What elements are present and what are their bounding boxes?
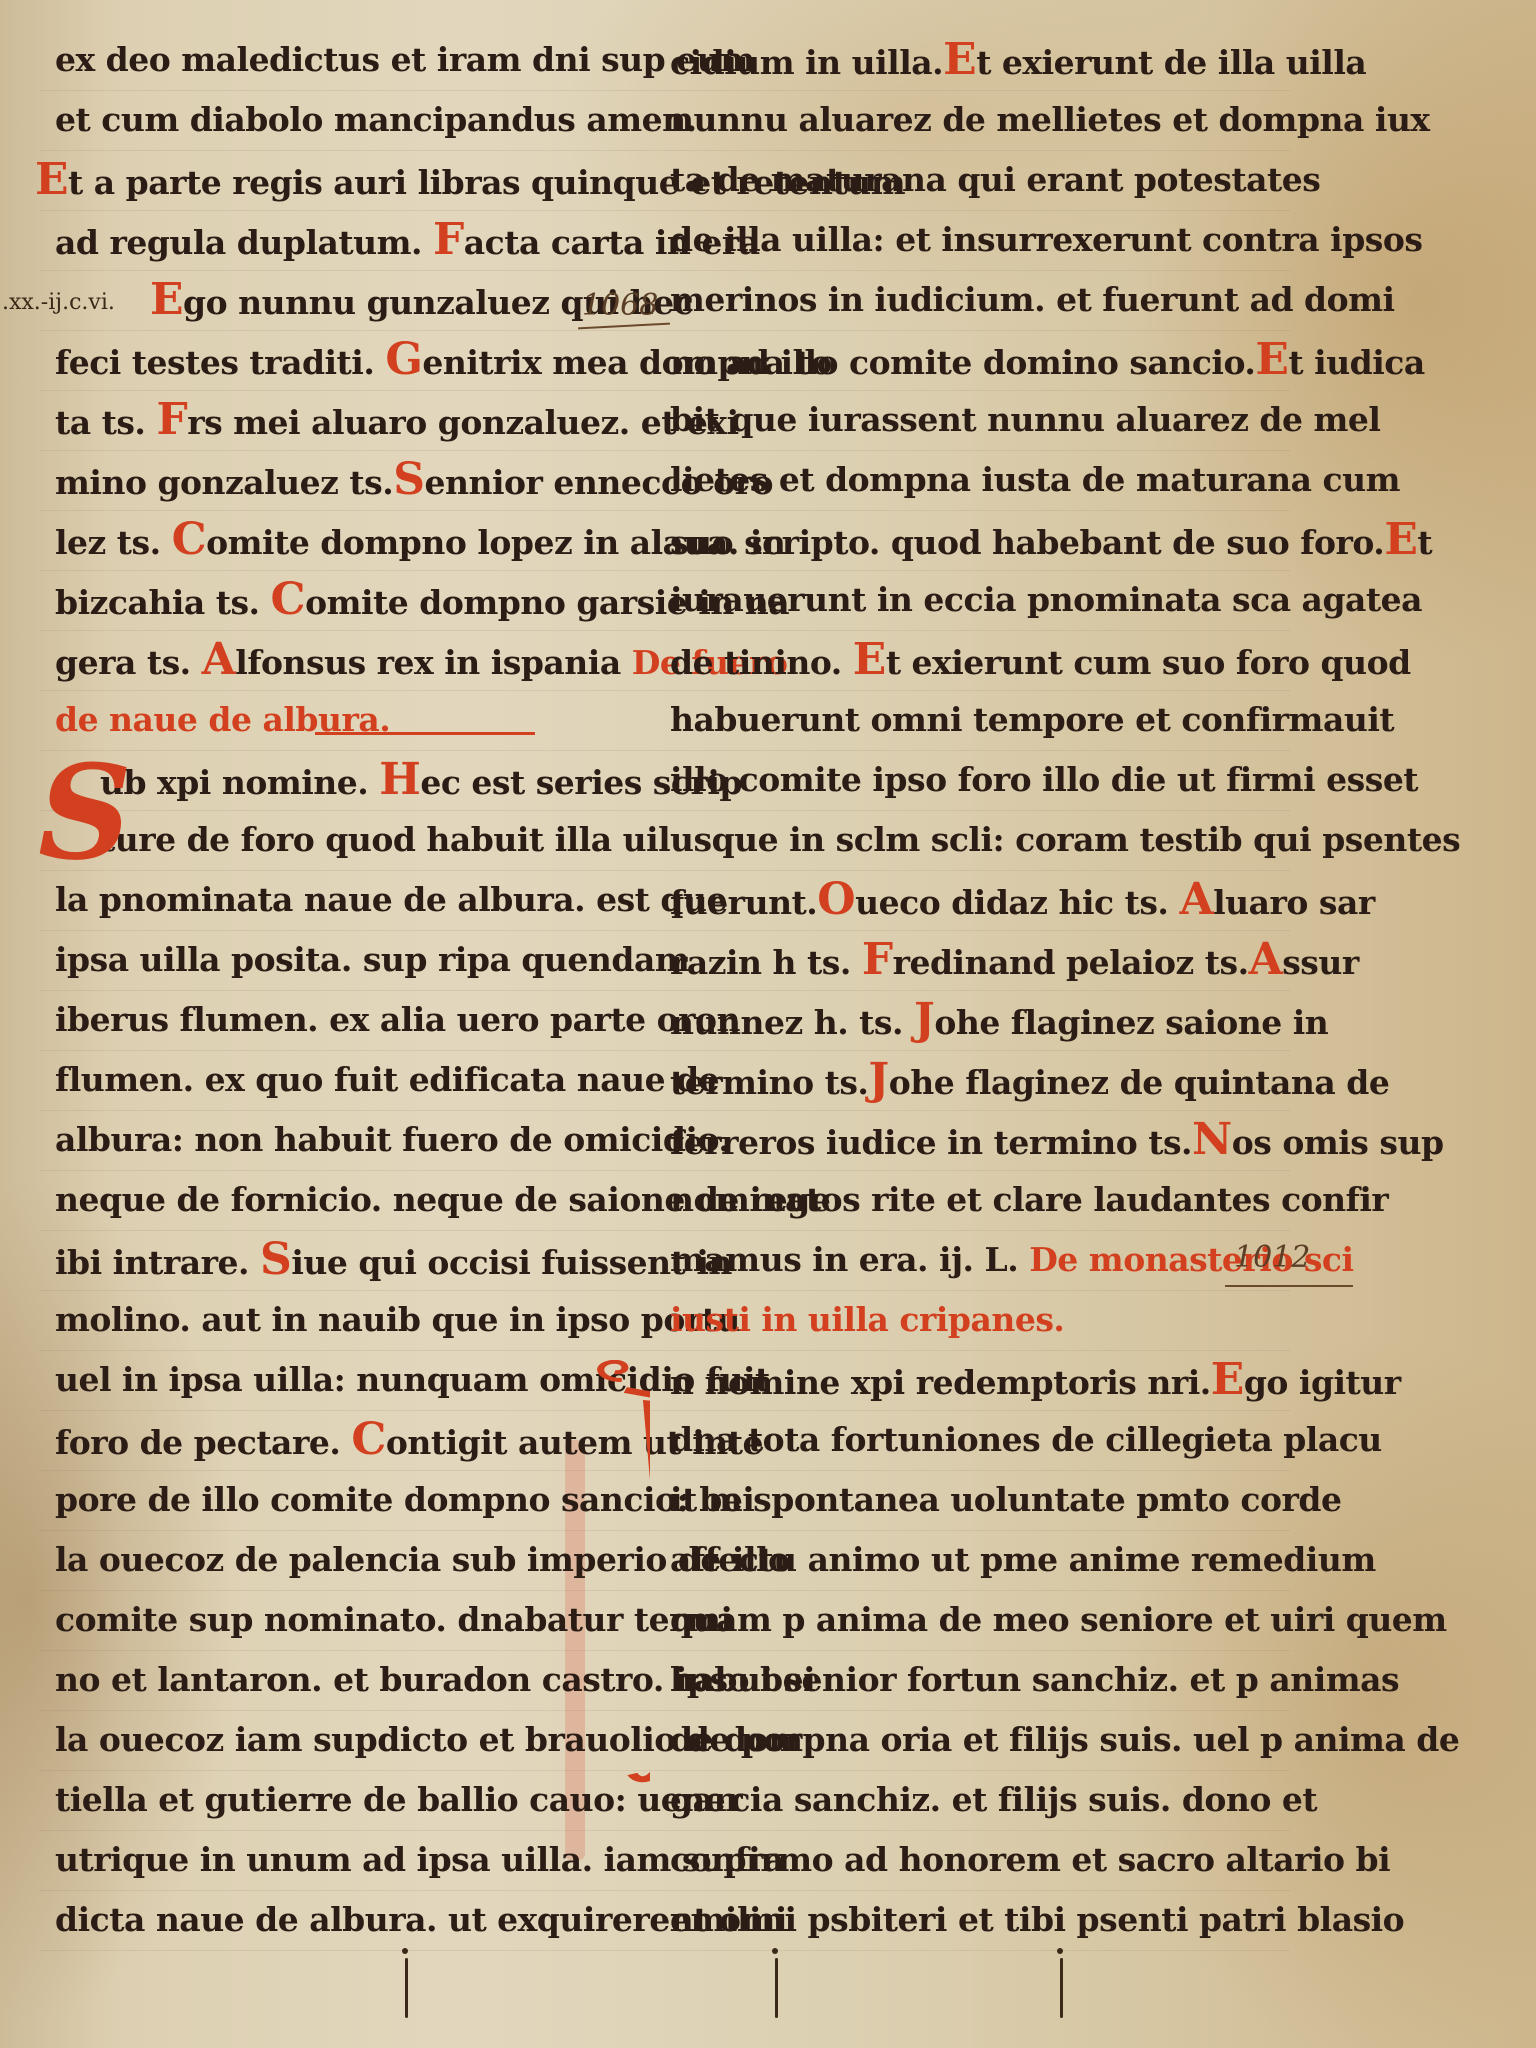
text-line: ture de foro quod habuit illa uil xyxy=(100,810,670,870)
red-initial: O xyxy=(817,874,855,925)
red-initial: N xyxy=(1192,1114,1232,1165)
red-initial: E xyxy=(853,634,886,685)
text-line: merinos in iudicium. et fuerunt ad domi xyxy=(670,270,1395,330)
text-line: nunnu aluarez de mellietes et dompna iux xyxy=(670,90,1430,150)
text-line: flumen. ex quo fuit edificata naue de xyxy=(55,1050,719,1110)
red-initial: C xyxy=(271,574,306,625)
catchmark xyxy=(775,1958,778,2018)
text-line: albura: non habuit fuero de omicidio. xyxy=(55,1110,729,1170)
margin-note-year-1012: 1012 xyxy=(1234,1240,1310,1275)
text-line: foro de pectare. Contigit autem ut inte xyxy=(55,1410,763,1470)
text-line: it m spontanea uoluntate pmto corde xyxy=(670,1470,1342,1530)
text-line: bit que iurassent nunnu aluarez de mel xyxy=(670,390,1380,450)
text-line: ibi intrare. Siue qui occisi fuissent in xyxy=(55,1230,732,1290)
red-initial: E xyxy=(150,274,183,325)
text-line: affectu animo ut pme anime remedium xyxy=(670,1530,1376,1590)
text-line: uel in ipsa uilla: nunquam omicidio fuit xyxy=(55,1350,770,1410)
decorated-initial-S: S xyxy=(38,748,132,878)
text-line: la pnominata naue de albura. est que xyxy=(55,870,727,930)
text-line: quam p anima de meo seniore et uiri quem xyxy=(670,1590,1447,1650)
text-line: de tinino. Et exierunt cum suo foro quod xyxy=(670,630,1411,690)
text-line: iurauerunt in eccia pnominata sca agatea xyxy=(670,570,1422,630)
text-line: ta de maturana qui erant potestates xyxy=(670,150,1320,210)
text-line: dna tota fortuniones de cillegieta placu xyxy=(670,1410,1382,1470)
text-line: ferreros iudice in termino ts.Nos omis s… xyxy=(670,1110,1444,1170)
red-initial: H xyxy=(379,754,420,805)
text-line: ub xpi nomine. Hec est series scrip xyxy=(100,750,742,810)
text-line: nunnez h. ts. Johe flaginez saione in xyxy=(670,990,1328,1050)
text-line: ex deo maledictus et iram dni sup eum xyxy=(55,30,755,90)
text-line: n nomine xpi redemptoris nri.Ego igitur xyxy=(670,1350,1401,1410)
text-line: illo comite ipso foro illo die ut firmi … xyxy=(670,750,1418,810)
text-line: habui senior fortun sanchiz. et p animas xyxy=(670,1650,1399,1710)
red-initial: E xyxy=(943,34,976,85)
red-initial: A xyxy=(1179,874,1213,925)
red-initial: E xyxy=(35,154,68,205)
red-initial: C xyxy=(172,514,207,565)
rubric-line-filler xyxy=(315,732,535,735)
red-initial: G xyxy=(385,334,422,385)
text-line: ta ts. Frs mei aluaro gonzaluez. et exi xyxy=(55,390,739,450)
text-line: iberus flumen. ex alia uero parte oron xyxy=(55,990,740,1050)
text-line: ipsa uilla posita. sup ripa quendam xyxy=(55,930,689,990)
text-line: lietes et dompna iusta de maturana cum xyxy=(670,450,1400,510)
text-line: de dompna oria et filijs suis. uel p ani… xyxy=(670,1710,1459,1770)
rubric-heading: iusti in uilla cripanes. xyxy=(670,1300,1064,1339)
red-initial: A xyxy=(202,634,236,685)
red-initial: F xyxy=(156,394,187,445)
margin-note-date: .xx.-ij.c.vi. xyxy=(2,290,115,315)
text-line: iusti in uilla cripanes. xyxy=(670,1290,1064,1350)
text-line: cidium in uilla.Et exierunt de illa uill… xyxy=(670,30,1366,90)
margin-note-year-1068: 1068 xyxy=(582,288,658,323)
margin-underline xyxy=(1225,1285,1353,1287)
text-line: no ad illo comite domino sancio.Et iudic… xyxy=(670,330,1425,390)
red-initial: E xyxy=(1255,334,1288,385)
text-line: habuerunt omni tempore et confirmauit xyxy=(670,690,1394,750)
text-line: suo scripto. quod habebant de suo foro.E… xyxy=(670,510,1432,570)
text-line: confirmo ad honorem et sacro altario bi xyxy=(670,1830,1390,1890)
red-initial: C xyxy=(351,1414,386,1465)
text-line: de illa uilla: et insurrexerunt contra i… xyxy=(670,210,1422,270)
ruling xyxy=(40,1950,1290,1951)
text-line: usque in sclm scli: coram testib qui pse… xyxy=(670,810,1460,870)
text-line: molino. aut in nauib que in ipso portu xyxy=(55,1290,740,1350)
text-line: termino ts.Johe flaginez de quintana de xyxy=(670,1050,1389,1110)
text-line: razin h ts. Fredinand pelaioz ts.Assur xyxy=(670,930,1359,990)
red-initial: J xyxy=(914,994,934,1045)
red-initial: A xyxy=(1249,934,1283,985)
catchmark xyxy=(405,1958,408,2018)
red-initial: E xyxy=(1384,514,1417,565)
text-line: fuerunt.Oueco didaz hic ts. Aluaro sar xyxy=(670,870,1375,930)
red-initial: F xyxy=(862,934,893,985)
red-initial: E xyxy=(1211,1354,1244,1405)
text-line: nominatos rite et clare laudantes confir xyxy=(670,1170,1388,1230)
text-line: et cum diabolo mancipandus amen. xyxy=(55,90,697,150)
red-initial: S xyxy=(393,454,424,505)
catchmark xyxy=(1060,1958,1063,2018)
text-line: ad regula duplatum. Facta carta in era xyxy=(55,210,760,270)
decorated-initial-I xyxy=(590,1360,650,1790)
text-line: emilini psbiteri et tibi psenti patri bl… xyxy=(670,1890,1404,1950)
text-line: mino gonzaluez ts.Sennior ennecco oro xyxy=(55,450,773,510)
text-line: garcia sanchiz. et filijs suis. dono et xyxy=(670,1770,1317,1830)
red-initial: S xyxy=(260,1234,291,1285)
red-initial: F xyxy=(433,214,464,265)
red-initial: J xyxy=(868,1054,888,1105)
